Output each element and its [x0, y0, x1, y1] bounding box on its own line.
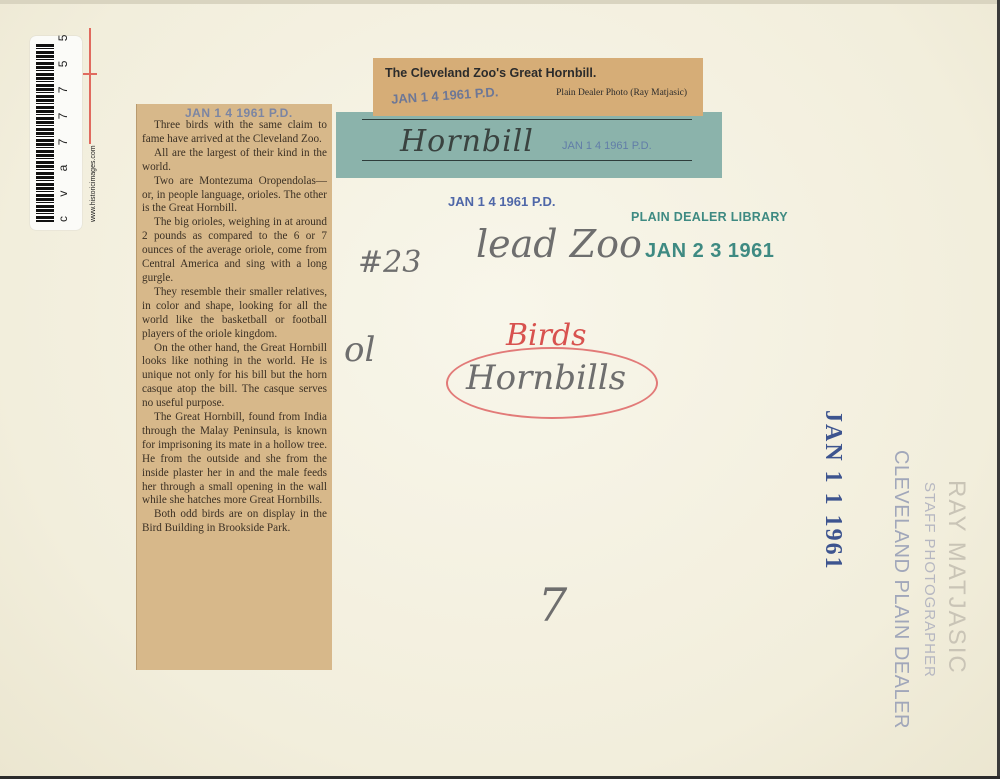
- top-edge: [0, 0, 1000, 4]
- rule-line: [362, 119, 692, 120]
- handwritten-partial: ol: [344, 330, 375, 370]
- handwritten-subject: Hornbills: [466, 358, 626, 398]
- clipping-paragraph: Three birds with the same claim to fame …: [142, 119, 327, 147]
- barcode-icon: [36, 44, 54, 222]
- clipping-paragraph: Two are Montezuma Oropendolas—or, in peo…: [142, 175, 327, 217]
- handwritten-category: Birds: [506, 318, 587, 353]
- clipping-date-stamp: JAN 1 4 1961 P.D.: [185, 106, 293, 120]
- clipping-paragraph: All are the largest of their kind in the…: [142, 147, 327, 175]
- teal-label-strip: Hornbill JAN 1 4 1961 P.D.: [336, 112, 722, 178]
- rule-line: [362, 160, 692, 161]
- handwritten-lead: lead Zoo: [476, 222, 642, 266]
- clipping-paragraph: Both odd birds are on display in the Bir…: [142, 508, 327, 536]
- caption-title: The Cleveland Zoo's Great Hornbill.: [385, 66, 691, 80]
- clipping-paragraph: They resemble their smaller relatives, i…: [142, 286, 327, 342]
- red-pencil-mark: [89, 28, 91, 144]
- photographer-title-stamp: STAFF PHOTOGRAPHER: [921, 482, 938, 678]
- photographer-org-stamp: CLEVELAND PLAIN DEALER: [889, 450, 912, 729]
- clipping-paragraph: The Great Hornbill, found from India thr…: [142, 411, 327, 508]
- teal-date-stamp: JAN 1 4 1961 P.D.: [562, 140, 652, 152]
- clipping-paragraph: The big orioles, weighing in at around 2…: [142, 216, 327, 286]
- caption-credit: Plain Dealer Photo (Ray Matjasic): [556, 88, 687, 98]
- clipping-paragraph: On the other hand, the Great Hornbill lo…: [142, 342, 327, 412]
- caption-date-stamp: JAN 1 4 1961 P.D.: [391, 84, 499, 106]
- handwritten-mark: 7: [538, 578, 567, 632]
- clipping-body: Three birds with the same claim to fame …: [142, 104, 327, 536]
- pd-date-stamp: JAN 1 4 1961 P.D.: [448, 194, 555, 209]
- red-pencil-tick: [83, 73, 97, 75]
- received-date-stamp: JAN 1 1 1961: [819, 410, 846, 571]
- teal-handwriting: Hornbill: [400, 124, 534, 159]
- barcode-sticker: c v a 7 7 7 5 5 www.historicimages.com: [30, 36, 82, 230]
- caption-strip: The Cleveland Zoo's Great Hornbill. JAN …: [373, 58, 703, 116]
- library-stamp-date: JAN 2 3 1961: [645, 240, 774, 263]
- photographer-name-stamp: RAY MATJASIC: [942, 480, 970, 675]
- barcode-code: c v a 7 7 7 5 5: [56, 27, 70, 222]
- newspaper-clipping: JAN 1 4 1961 P.D. Three birds with the s…: [136, 104, 332, 670]
- handwritten-number: #23: [358, 245, 421, 280]
- barcode-url: www.historicimages.com: [90, 145, 97, 222]
- library-stamp-name: PLAIN DEALER LIBRARY: [631, 210, 788, 224]
